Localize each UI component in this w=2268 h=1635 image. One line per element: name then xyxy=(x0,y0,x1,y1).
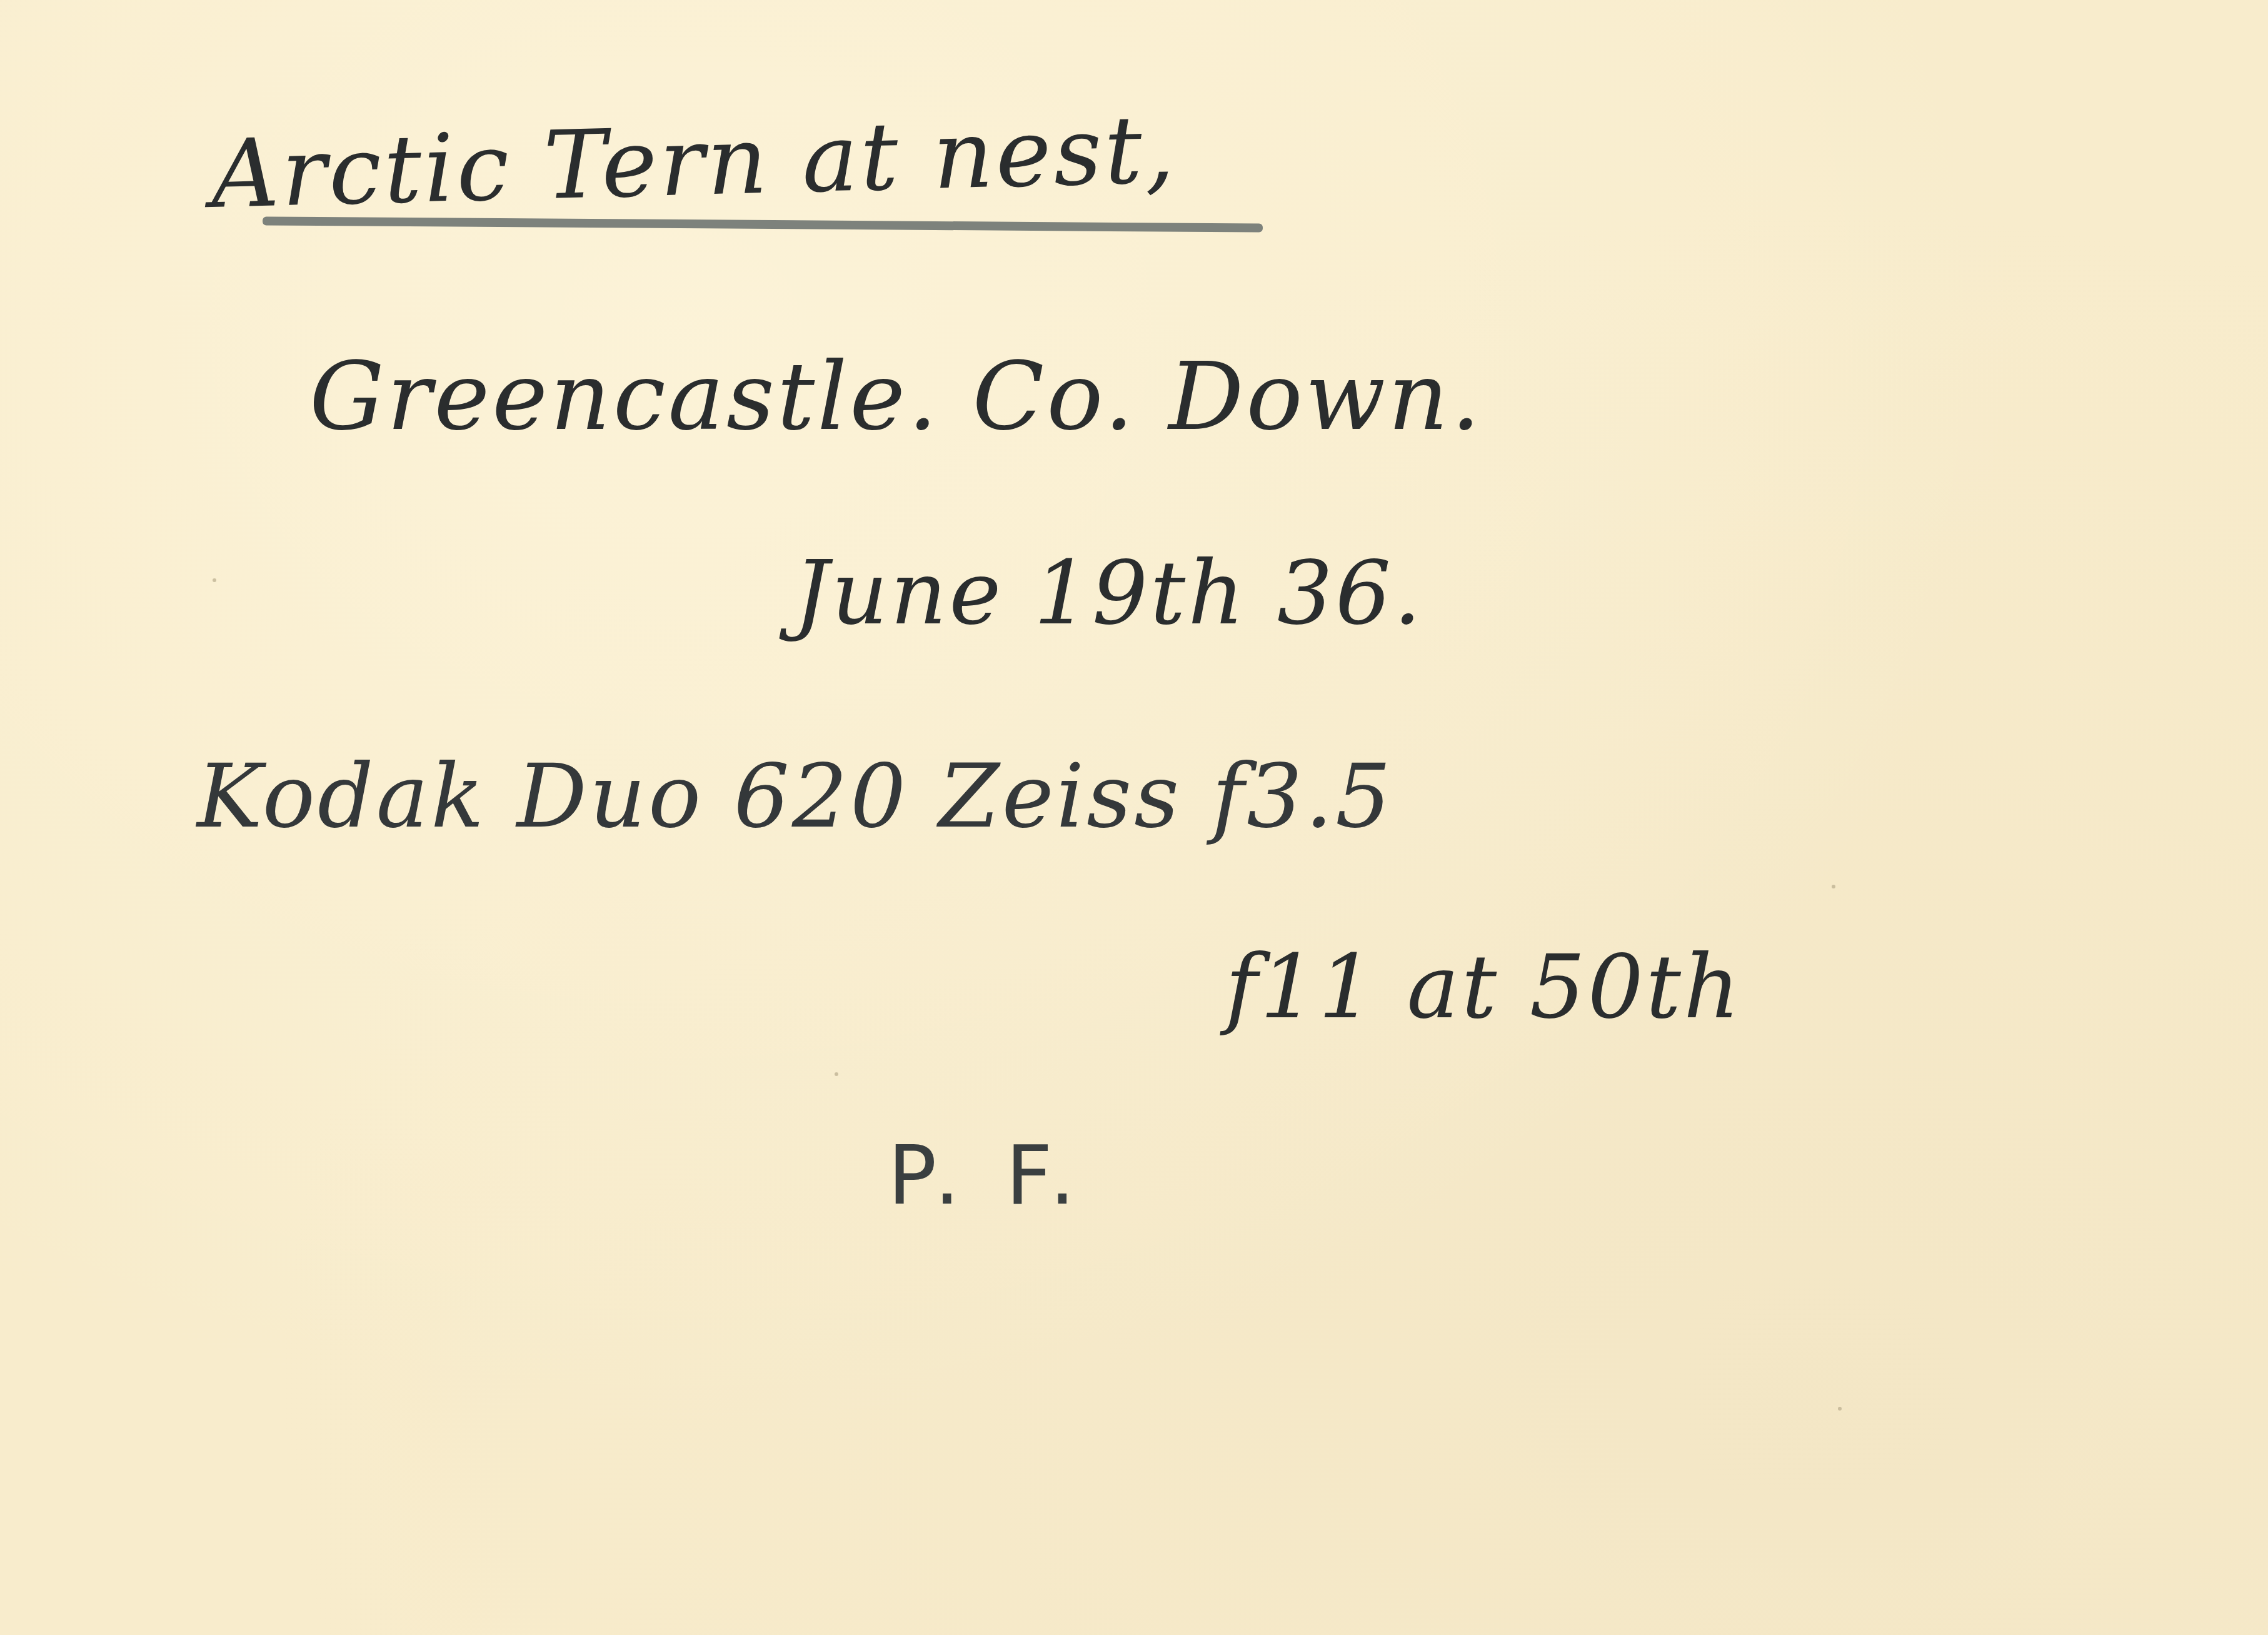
camera-line: Kodak Duo 620 Zeiss f3.5 xyxy=(197,753,1393,841)
title-underline xyxy=(263,216,1263,232)
location-line: Greencastle. Co. Down. xyxy=(309,350,1483,444)
paper-speck xyxy=(835,1072,838,1076)
date-line: June 19th 36. xyxy=(794,550,1424,638)
paper-speck xyxy=(1838,1407,1842,1411)
paper-speck xyxy=(1832,885,1835,888)
author-initials: P. F. xyxy=(888,1135,1085,1216)
exposure-line: f11 at 50th xyxy=(1225,944,1742,1032)
paper-speck xyxy=(213,578,216,582)
handwritten-photo-card: Arctic Tern at nest, Greencastle. Co. Do… xyxy=(0,0,2268,1635)
card-title: Arctic Tern at nest, xyxy=(210,103,1178,222)
